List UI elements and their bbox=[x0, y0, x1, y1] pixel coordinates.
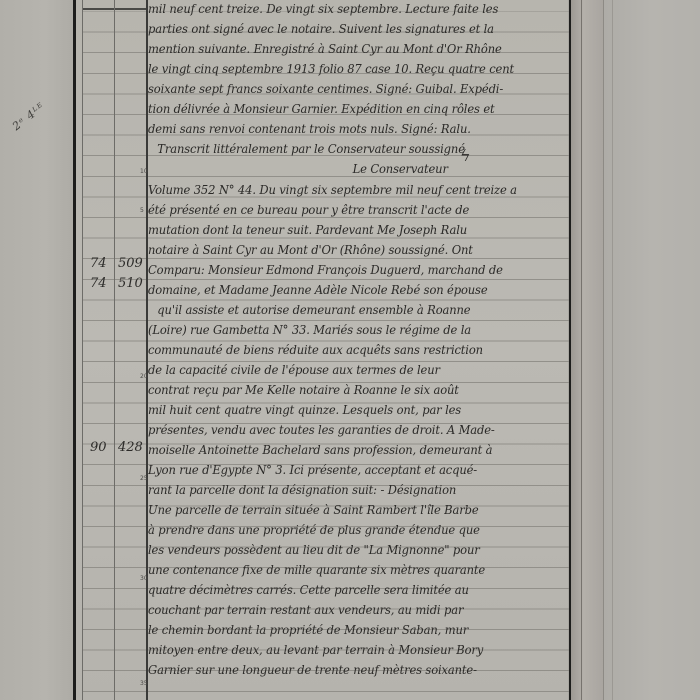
text-line: Une parcelle de terrain située à Saint R… bbox=[148, 500, 537, 520]
text-line: qu'il assiste et autorise demeurant ense… bbox=[148, 300, 537, 320]
text-line: été présenté en ce bureau pour y être tr… bbox=[148, 200, 537, 220]
text-line: contrat reçu par Me Kelle notaire à Roan… bbox=[148, 380, 537, 400]
text-line: présentes, vendu avec toutes les garanti… bbox=[148, 420, 537, 440]
text-line: une contenance fixe de mille quarante si… bbox=[148, 560, 537, 580]
entry-volume: 74 bbox=[90, 256, 107, 271]
text-line: (Loire) rue Gambetta N° 33. Mariés sous … bbox=[148, 320, 537, 340]
text-line: demi sans renvoi contenant trois mots nu… bbox=[148, 119, 537, 139]
text-line: parties ont signé avec le notaire. Suive… bbox=[148, 19, 537, 39]
text-line: soixante sept francs soixante centimes. … bbox=[148, 79, 537, 99]
text-line: Garnier sur une longueur de trente neuf … bbox=[148, 660, 537, 680]
text-line: moiselle Antoinette Bachelard sans profe… bbox=[148, 440, 537, 460]
line-number: 35 bbox=[140, 680, 148, 687]
text-line: communauté de biens réduite aux acquêts … bbox=[148, 340, 537, 360]
text-line: mil huit cent quatre vingt quinze. Lesqu… bbox=[148, 400, 537, 420]
text-line: mil neuf cent treize. De vingt six septe… bbox=[148, 0, 537, 19]
entry-number: 428 bbox=[118, 440, 143, 455]
text-line: quatre décimètres carrés. Cette parcelle… bbox=[148, 580, 537, 600]
line-number: 20 bbox=[140, 373, 148, 380]
entry-number: 510 bbox=[118, 276, 143, 291]
text-line: de la capacité civile de l'épouse aux te… bbox=[148, 360, 537, 380]
text-line: le chemin bordant la propriété de Monsie… bbox=[148, 620, 537, 640]
book-gutter bbox=[571, 0, 603, 700]
text-line: Comparu: Monsieur Edmond François Duguer… bbox=[148, 260, 537, 280]
text-line: tion délivrée à Monsieur Garnier. Expédi… bbox=[148, 99, 537, 119]
line-number: 25 bbox=[140, 475, 148, 482]
desk-margin: 2ᵉ 4ᴸᴱ bbox=[0, 0, 75, 700]
line-number: 5 bbox=[140, 207, 144, 214]
entry-volume: 74 bbox=[90, 276, 107, 291]
facing-page-margin-line bbox=[612, 0, 613, 700]
ledger-column-number bbox=[115, 0, 148, 700]
gutter-line bbox=[581, 0, 582, 700]
entry-volume: 90 bbox=[90, 440, 107, 455]
entry-number: 509 bbox=[118, 256, 143, 271]
text-line: les vendeurs possèdent au lieu dit de "L… bbox=[148, 540, 537, 560]
text-line: le vingt cinq septembre 1913 folio 87 ca… bbox=[148, 59, 537, 79]
text-line: mention suivante. Enregistré à Saint Cyr… bbox=[148, 39, 537, 59]
signature-flourish-icon: ϟ bbox=[460, 146, 490, 166]
text-line: à prendre dans une propriété de plus gra… bbox=[148, 520, 537, 540]
margin-annotation: 2ᵉ 4ᴸᴱ bbox=[10, 100, 47, 133]
text-line: Lyon rue d'Egypte N° 3. Ici présente, ac… bbox=[148, 460, 537, 480]
text-line: couchant par terrain restant aux vendeur… bbox=[148, 600, 537, 620]
column-header bbox=[115, 0, 146, 10]
column-header bbox=[83, 0, 114, 10]
text-line: rant la parcelle dont la désignation sui… bbox=[148, 480, 537, 500]
text-line: domaine, et Madame Jeanne Adèle Nicole R… bbox=[148, 280, 537, 300]
text-line: Volume 352 N° 44. Du vingt six septembre… bbox=[148, 180, 537, 200]
ledger-column-volume bbox=[82, 0, 115, 700]
line-number: 30 bbox=[140, 575, 148, 582]
text-line: mitoyen entre deux, au levant par terrai… bbox=[148, 640, 537, 660]
line-number: 10 bbox=[140, 168, 148, 175]
text-line: mutation dont la teneur suit. Pardevant … bbox=[148, 220, 537, 240]
facing-page bbox=[603, 0, 700, 700]
text-line: notaire à Saint Cyr au Mont d'Or (Rhône)… bbox=[148, 240, 537, 260]
